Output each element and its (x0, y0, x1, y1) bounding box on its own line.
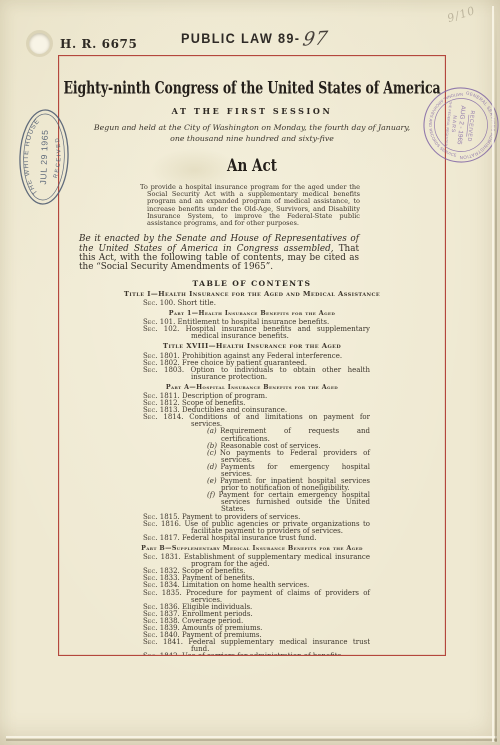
table-of-contents: Title I—Health Insurance for the Aged an… (59, 291, 445, 656)
enacting-clause-italic: Be it enacted by the Senate and House of… (79, 234, 359, 253)
toc-entry-sec: Sec. 1842. Use of carriers for administr… (143, 653, 370, 656)
gsa-stamp-received: RECEIVED (466, 110, 475, 142)
toc-entry-sec: Sec. 102. Hospital insurance benefits an… (143, 326, 370, 340)
red-border-frame: Eighty-ninth Congress of the United Stat… (58, 55, 446, 656)
svg-text:GENERAL SERVICES ADMINISTRATIO: GENERAL SERVICES ADMINISTRATION (459, 90, 500, 163)
toc-entry-sub: (d) Payments for emergency hospital serv… (143, 464, 370, 478)
bill-number: H. R. 6675 (60, 37, 137, 51)
toc-entry-part: Part B—Supplementary Medical Insurance B… (69, 545, 435, 552)
toc-entry-sub: (c) No payments to Federal providers of … (143, 450, 370, 464)
toc-entry-sec: Sec. 1803. Option to individuals to obta… (143, 367, 370, 381)
toc-entry-sec: Sec. 100. Short title. (143, 300, 370, 307)
act-heading: An Act (59, 156, 445, 176)
toc-entry-part: Part A—Hospital Insurance Benefits for t… (69, 384, 435, 391)
toc-entry-sec: Sec. 1841. Federal supplementary medical… (143, 639, 370, 653)
gsa-stamp-arc-top: GENERAL SERVICES ADMINISTRATION (459, 90, 500, 163)
convening-statement: Begun and held at the City of Washington… (59, 123, 445, 144)
hole-punch (29, 33, 50, 54)
public-law-stamp: PUBLIC LAW 89-97 (181, 28, 328, 50)
toc-entry-sec: Sec. 1835. Procedure for payment of clai… (143, 590, 370, 604)
svg-text:THE WHITE HOUSE: THE WHITE HOUSE (22, 117, 42, 196)
toc-entry-sub: (f) Payment for certain emergency hospit… (143, 492, 370, 513)
white-house-stamp-date: JUL 29 1965 (38, 129, 50, 184)
preamble: To provide a hospital insurance program … (140, 184, 360, 227)
toc-entry-part: Part 1—Health Insurance Benefits for the… (69, 310, 435, 317)
public-law-number-handwritten: 97 (301, 27, 330, 50)
toc-entry-sec: Sec. 1817. Federal hospital insurance tr… (143, 535, 370, 542)
toc-entry-sec: Sec. 1814. Conditions of and limitations… (143, 414, 370, 428)
public-law-stamp-text: PUBLIC LAW 89- (181, 31, 300, 46)
convening-line-1: Begun and held at the City of Washington… (59, 123, 445, 134)
enacting-clause: Be it enacted by the Senate and House of… (79, 235, 359, 273)
toc-entry-title: Title XVIII—Health Insurance for the Age… (69, 343, 435, 350)
toc-entry-sec: Sec. 1816. Use of public agencies or pri… (143, 521, 370, 535)
gsa-stamp-date: AUG 2 - 1965 (455, 105, 466, 145)
toc-entry-title: Title I—Health Insurance for the Aged an… (69, 291, 435, 298)
gsa-stamp-agency: NARS (450, 115, 458, 133)
congress-title: Eighty-ninth Congress of the United Stat… (59, 77, 445, 97)
toc-heading: TABLE OF CONTENTS (59, 279, 445, 288)
toc-entry-sub: (a) Requirement of requests and certific… (143, 428, 370, 442)
toc-entry-sec: Sec. 1831. Establishment of supplementar… (143, 554, 370, 568)
session-line: AT THE FIRST SESSION (59, 106, 445, 116)
convening-line-2: one thousand nine hundred and sixty-five (59, 134, 445, 145)
document-page: H. R. 6675 PUBLIC LAW 89-97 9/10 Eighty-… (0, 0, 500, 745)
pencil-note: 9/10 (446, 4, 477, 25)
toc-entry-sub: (e) Payment for inpatient hospital servi… (143, 478, 370, 492)
white-house-stamp-title: THE WHITE HOUSE (22, 117, 42, 196)
